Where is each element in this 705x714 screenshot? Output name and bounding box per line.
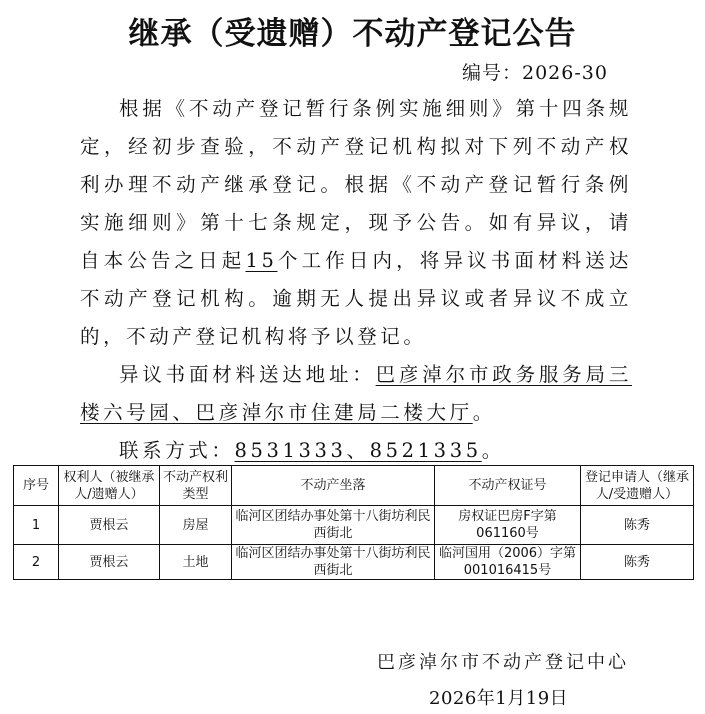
header-owner: 权利人（被继承人/遗赠人） — [59, 466, 160, 506]
paragraph-legal-basis: 根据《不动产登记暂行条例实施细则》第十四条规定，经初步查验，不动产登记机构拟对下… — [80, 90, 632, 356]
contact-period: 。 — [482, 439, 505, 462]
property-table: 序号 权利人（被继承人/遗赠人） 不动产权利类型 不动产坐落 不动产权证号 登记… — [13, 465, 694, 580]
cell-owner: 贾根云 — [59, 506, 160, 545]
table-row: 2 贾根云 土地 临河区团结办事处第十八街坊利民西街北 临河国用（2006）字第… — [14, 545, 694, 580]
cell-applicant: 陈秀 — [581, 545, 694, 580]
address-label: 异议书面材料送达地址： — [119, 363, 376, 386]
notice-body: 根据《不动产登记暂行条例实施细则》第十四条规定，经初步查验，不动产登记机构拟对下… — [80, 90, 632, 470]
cell-certificate-no: 房权证巴房F字第061160号 — [435, 506, 581, 545]
table-header-row: 序号 权利人（被继承人/遗赠人） 不动产权利类型 不动产坐落 不动产权证号 登记… — [14, 466, 694, 506]
header-location: 不动产坐落 — [232, 466, 435, 506]
cell-serial-no: 2 — [14, 545, 59, 580]
contact-label: 联系方式： — [119, 439, 235, 462]
header-applicant: 登记申请人（继承人/受遗赠人） — [581, 466, 694, 506]
contact-phones: 8531333、8521335 — [235, 439, 482, 462]
header-right-type: 不动产权利类型 — [160, 466, 232, 506]
cell-serial-no: 1 — [14, 506, 59, 545]
issuing-organization: 巴彦淖尔市不动产登记中心 — [377, 648, 629, 674]
cell-certificate-no: 临河国用（2006）字第001016415号 — [435, 545, 581, 580]
cell-applicant: 陈秀 — [581, 506, 694, 545]
objection-days: 15 — [245, 249, 277, 272]
cell-location: 临河区团结办事处第十八街坊利民西街北 — [232, 506, 435, 545]
paragraph-address: 异议书面材料送达地址：巴彦淖尔市政务服务局三楼六号园、巴彦淖尔市住建局二楼大厅。 — [80, 356, 632, 432]
address-period: 。 — [473, 401, 496, 424]
header-serial-no: 序号 — [14, 466, 59, 506]
table-row: 1 贾根云 房屋 临河区团结办事处第十八街坊利民西街北 房权证巴房F字第0611… — [14, 506, 694, 545]
cell-location: 临河区团结办事处第十八街坊利民西街北 — [232, 545, 435, 580]
cell-right-type: 房屋 — [160, 506, 232, 545]
header-certificate-no: 不动产权证号 — [435, 466, 581, 506]
legal-basis-text: 根据《不动产登记暂行条例实施细则》第十四条规定，经初步查验，不动产登记机构拟对下… — [80, 97, 632, 272]
issue-date: 2026年1月19日 — [429, 684, 568, 710]
notice-title: 继承（受遗赠）不动产登记公告 — [0, 8, 705, 53]
cell-owner: 贾根云 — [59, 545, 160, 580]
document-number: 编号：2026-30 — [462, 58, 608, 85]
cell-right-type: 土地 — [160, 545, 232, 580]
